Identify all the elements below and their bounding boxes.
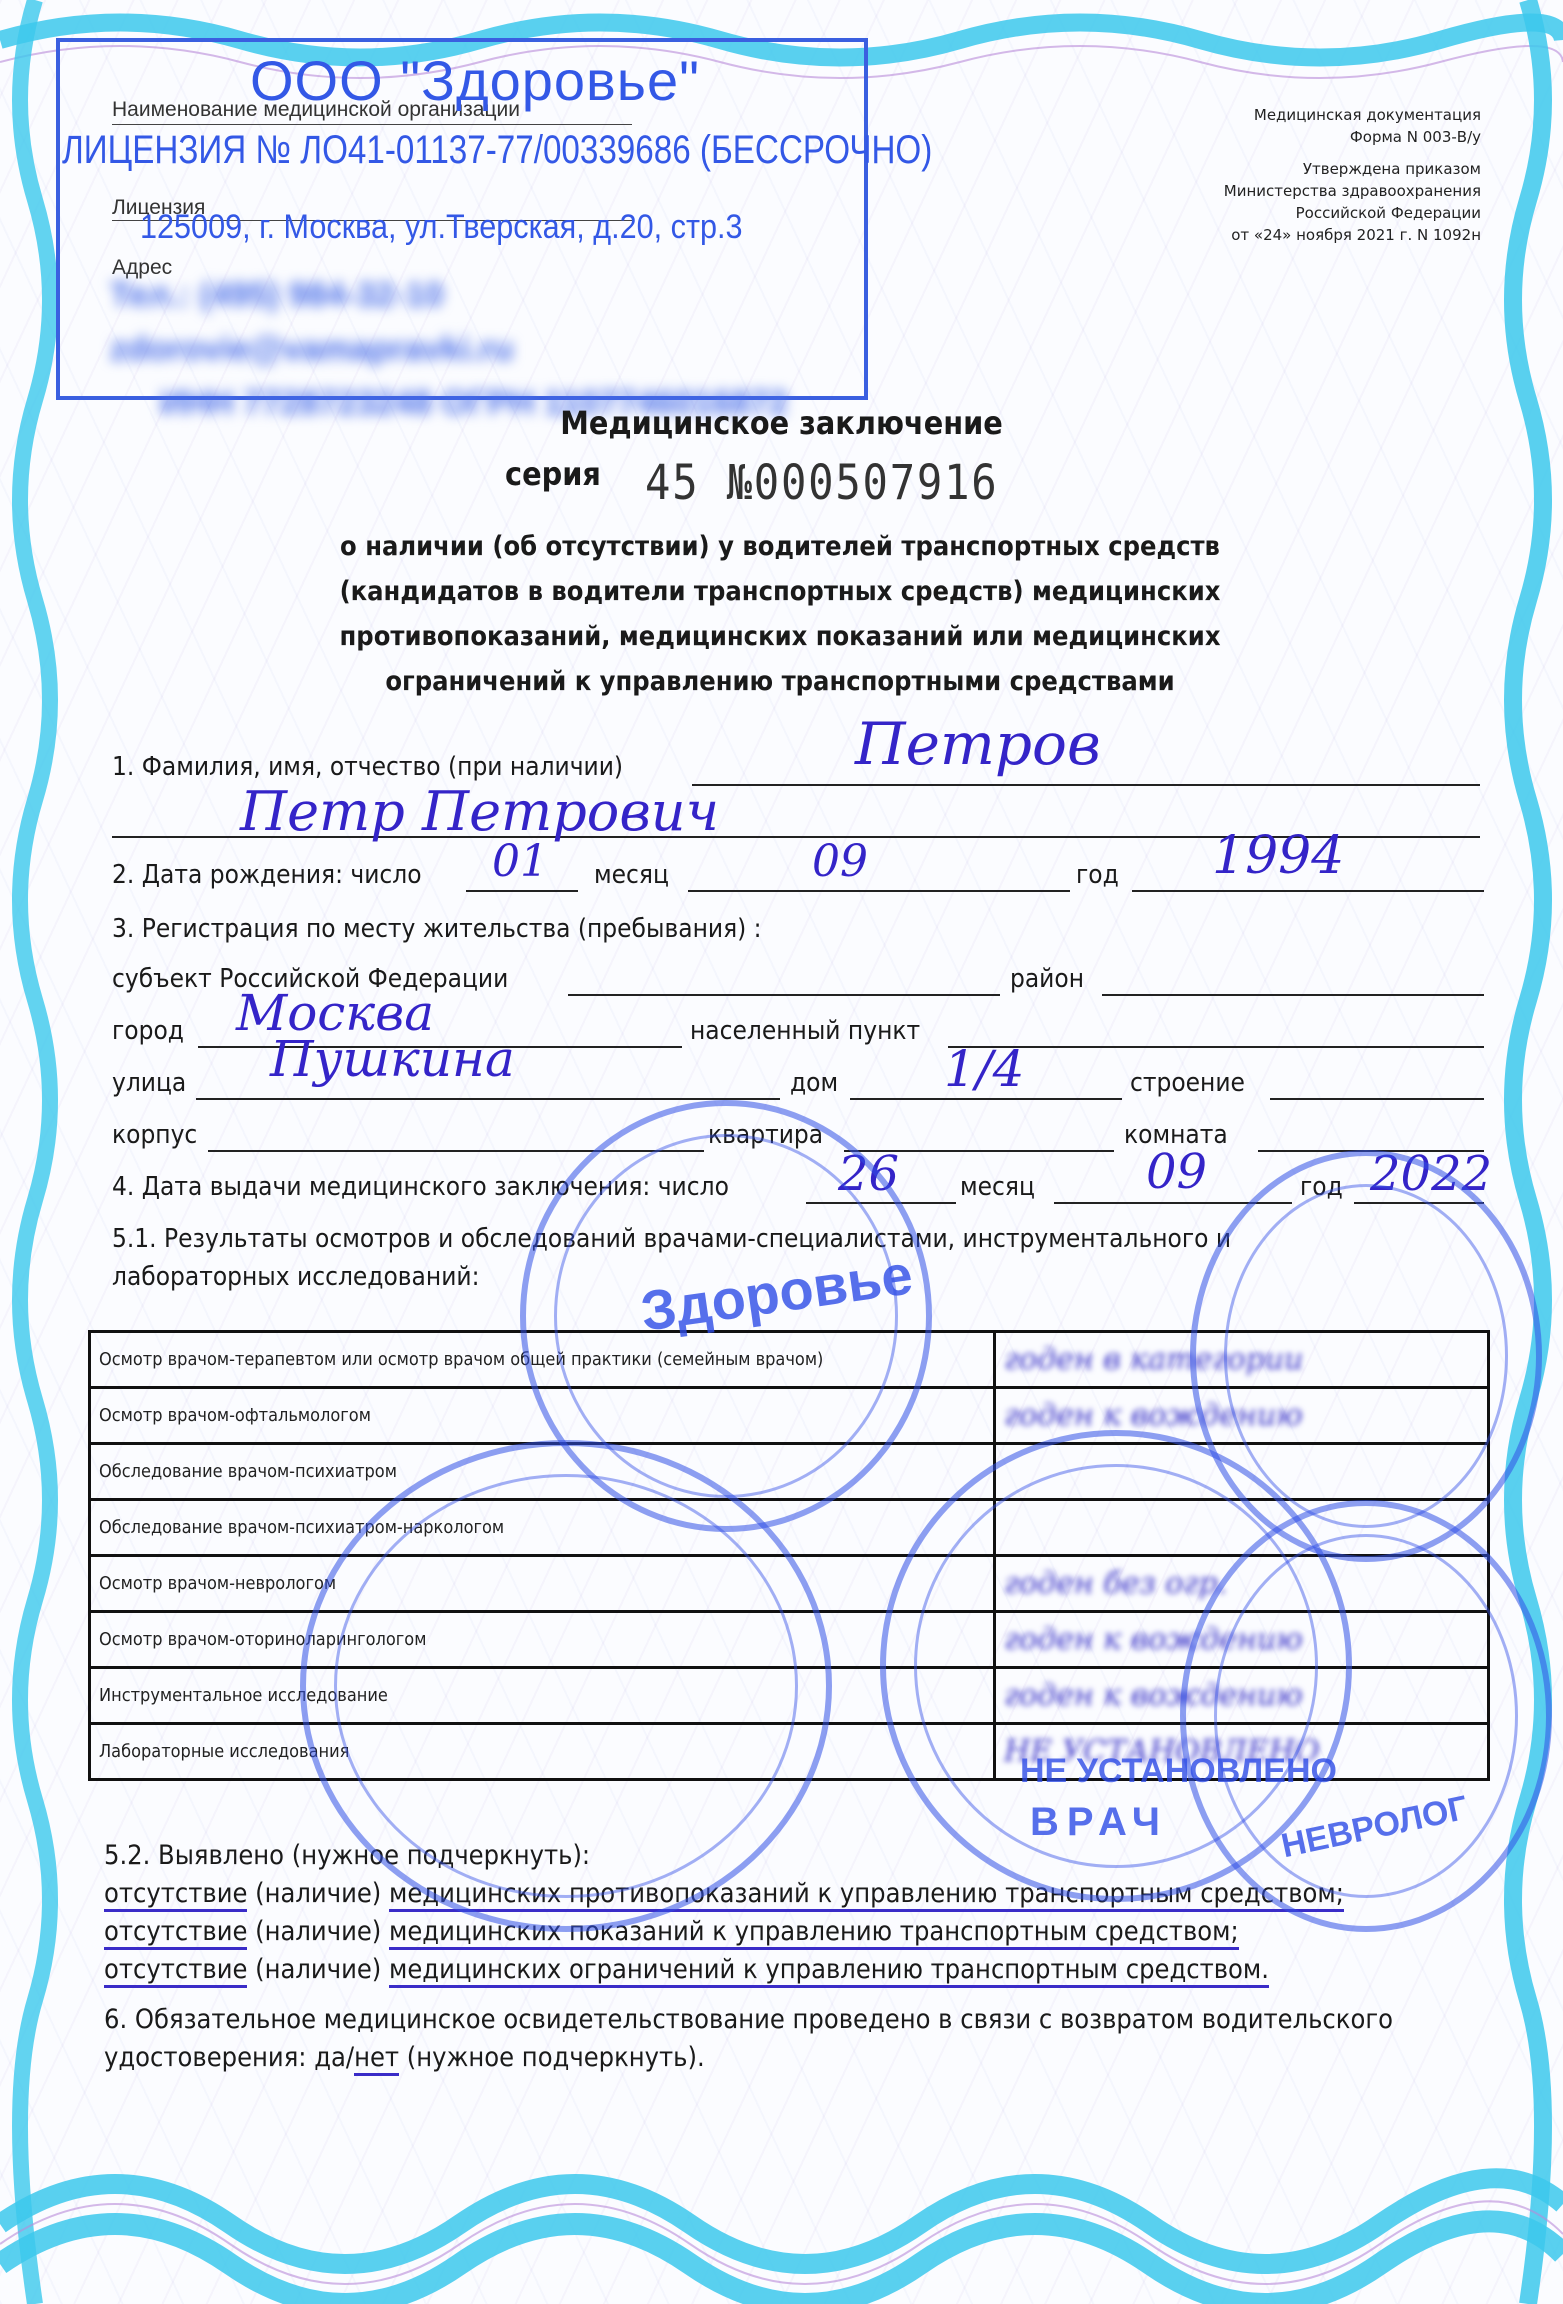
table-row: Осмотр врачом-оториноларингологомгоден к… <box>90 1612 1489 1668</box>
form-meta-line: Медицинская документация <box>1224 104 1481 126</box>
table-row: Инструментальное исследованиегоден к вож… <box>90 1668 1489 1724</box>
section-52-line-2: отсутствие (наличие) медицинских показан… <box>104 1916 1239 1947</box>
section-52-line-1: отсутствие (наличие) медицинских противо… <box>104 1878 1344 1909</box>
street-label: улица <box>112 1068 186 1098</box>
stamp-not-established-text: НЕ УСТАНОВЛЕНО <box>1020 1752 1337 1791</box>
issue-month-label: месяц <box>960 1172 1035 1202</box>
series-number: 45 №000507916 <box>645 455 998 511</box>
stamp-org-text: Здоровье <box>637 1241 917 1343</box>
form-meta: Медицинская документация Форма N 003-В/у… <box>1224 104 1481 246</box>
issue-year-line <box>1354 1202 1484 1204</box>
exam-name: Лабораторные исследования <box>90 1724 995 1780</box>
dob-month-label: месяц <box>594 860 669 890</box>
district-line <box>1102 994 1484 996</box>
exam-name: Осмотр врачом-терапевтом или осмотр врач… <box>90 1332 995 1388</box>
exam-result[interactable]: годен без огр. <box>995 1556 1489 1612</box>
exam-name: Осмотр врачом-неврологом <box>90 1556 995 1612</box>
exam-result[interactable] <box>995 1444 1489 1500</box>
exam-result[interactable]: годен к вождению <box>995 1668 1489 1724</box>
form-meta-line: Утверждена приказом <box>1224 158 1481 180</box>
yes-option[interactable]: да <box>314 2042 346 2073</box>
exam-name: Инструментальное исследование <box>90 1668 995 1724</box>
issue-year-value[interactable]: 2022 <box>1370 1146 1492 1202</box>
table-row: Обследование врачом-психиатром-нарколого… <box>90 1500 1489 1556</box>
decorative-border-bottom <box>0 2144 1563 2304</box>
exam-result[interactable]: годен к вождению <box>995 1612 1489 1668</box>
dob-year-line <box>1132 890 1484 892</box>
dob-month-value[interactable]: 09 <box>812 836 868 887</box>
document-subtitle: о наличии (об отсутствии) у водителей тр… <box>200 524 1360 704</box>
section-52-line-3: отсутствие (наличие) медицинских огранич… <box>104 1954 1269 1985</box>
dob-label: 2. Дата рождения: число <box>112 860 422 890</box>
form-meta-line: от «24» ноября 2021 г. N 1092н <box>1224 224 1481 246</box>
subtitle-line: противопоказаний, медицинских показаний … <box>200 614 1360 659</box>
absence-option[interactable]: отсутствие <box>104 1954 247 1988</box>
presence-option[interactable]: (наличие) <box>255 1878 381 1909</box>
fio-label: 1. Фамилия, имя, отчество (при наличии) <box>112 752 623 782</box>
issue-month-value[interactable]: 09 <box>1146 1144 1207 1200</box>
subtitle-line: ограничений к управлению транспортными с… <box>200 659 1360 704</box>
issue-day-value[interactable]: 26 <box>838 1146 899 1202</box>
org-name-underline <box>112 124 632 125</box>
section-6-suffix: (нужное подчеркнуть). <box>399 2042 705 2073</box>
results-heading: 5.1. Результаты осмотров и обследований … <box>112 1224 1231 1254</box>
presence-option[interactable]: (наличие) <box>255 1916 381 1947</box>
fio-line-1 <box>692 784 1480 786</box>
section-52-text: медицинских противопоказаний к управлени… <box>389 1878 1344 1912</box>
district-label: район <box>1010 964 1084 994</box>
results-heading-2: лабораторных исследований: <box>112 1262 479 1292</box>
subject-line <box>568 994 1000 996</box>
exam-result[interactable] <box>995 1500 1489 1556</box>
table-row: Осмотр врачом-терапевтом или осмотр врач… <box>90 1332 1489 1388</box>
issue-date-label: 4. Дата выдачи медицинского заключения: … <box>112 1172 729 1202</box>
address-stamp: 125009, г. Москва, ул.Тверская, д.20, ст… <box>140 208 743 247</box>
exam-name: Осмотр врачом-офтальмологом <box>90 1388 995 1444</box>
results-table: Осмотр врачом-терапевтом или осмотр врач… <box>88 1330 1490 1781</box>
street-value[interactable]: Пушкина <box>270 1030 515 1088</box>
settlement-label: населенный пункт <box>690 1016 920 1046</box>
dob-day-line <box>466 890 578 892</box>
corpus-line <box>208 1150 704 1152</box>
form-meta-line: Российской Федерации <box>1224 202 1481 224</box>
document-title: Медицинское заключение <box>0 404 1563 442</box>
series-label: серия <box>505 455 601 493</box>
stamp-neurologist-text: НЕВРОЛОГ <box>1278 1789 1471 1866</box>
settlement-line <box>948 1046 1484 1048</box>
table-row: Обследование врачом-психиатром <box>90 1444 1489 1500</box>
section-52-heading: 5.2. Выявлено (нужное подчеркнуть): <box>104 1840 590 1871</box>
issue-month-line <box>1054 1202 1292 1204</box>
dob-month-line <box>688 890 1070 892</box>
table-row: Осмотр врачом-офтальмологомгоден к вожде… <box>90 1388 1489 1444</box>
dob-year-value[interactable]: 1994 <box>1212 826 1344 886</box>
no-option[interactable]: нет <box>354 2042 399 2076</box>
section-52-text: медицинских ограничений к управлению тра… <box>389 1954 1269 1988</box>
section-6-line-1: 6. Обязательное медицинское освидетельст… <box>104 2004 1393 2035</box>
table-row: Осмотр врачом-неврологомгоден без огр. <box>90 1556 1489 1612</box>
contacts-stamp: Тел.: (495) 984-32-10 zdorovie@vamapravk… <box>110 268 810 376</box>
form-meta-line: Форма N 003-В/у <box>1224 126 1481 148</box>
exam-name: Осмотр врачом-оториноларингологом <box>90 1612 995 1668</box>
stamp-doctor-text: ВРАЧ <box>1030 1800 1168 1845</box>
decorative-border-right <box>1493 0 1563 2304</box>
issue-day-line <box>806 1202 956 1204</box>
section-6-line-2: удостоверения: да/нет (нужное подчеркнут… <box>104 2042 705 2073</box>
fio-name-value[interactable]: Петр Петрович <box>240 780 719 843</box>
building-label: строение <box>1130 1068 1245 1098</box>
house-line <box>850 1098 1122 1100</box>
flat-label: квартира <box>708 1120 823 1150</box>
city-label: город <box>112 1016 184 1046</box>
subtitle-line: о наличии (об отсутствии) у водителей тр… <box>200 524 1360 569</box>
street-line <box>196 1098 780 1100</box>
dob-year-label: год <box>1076 860 1119 890</box>
absence-option[interactable]: отсутствие <box>104 1878 247 1912</box>
absence-option[interactable]: отсутствие <box>104 1916 247 1950</box>
exam-result[interactable]: годен к вождению <box>995 1388 1489 1444</box>
subtitle-line: (кандидатов в водители транспортных сред… <box>200 569 1360 614</box>
registration-label: 3. Регистрация по месту жительства (преб… <box>112 914 762 944</box>
slash: / <box>346 2042 354 2073</box>
exam-name: Обследование врачом-психиатром <box>90 1444 995 1500</box>
section-6-prefix: удостоверения: <box>104 2042 314 2073</box>
org-name-stamp: ООО "Здоровье" <box>250 48 700 113</box>
presence-option[interactable]: (наличие) <box>255 1954 381 1985</box>
issue-year-label: год <box>1300 1172 1343 1202</box>
dob-day-value[interactable]: 01 <box>492 836 548 887</box>
building-line <box>1270 1098 1484 1100</box>
license-number-stamp: ЛИЦЕНЗИЯ № ЛО41-01137-77/00339686 (БЕССР… <box>62 128 932 173</box>
house-label: дом <box>790 1068 838 1098</box>
exam-name: Обследование врачом-психиатром-нарколого… <box>90 1500 995 1556</box>
form-meta-line: Министерства здравоохранения <box>1224 180 1481 202</box>
fio-surname-value[interactable]: Петров <box>855 710 1101 778</box>
corpus-label: корпус <box>112 1120 197 1150</box>
house-value[interactable]: 1/4 <box>944 1040 1024 1098</box>
section-52-text: медицинских показаний к управлению транс… <box>389 1916 1239 1950</box>
blurred-contacts: Тел.: (495) 984-32-10 zdorovie@vamapravk… <box>110 268 810 378</box>
exam-result[interactable]: годен в категории <box>995 1332 1489 1388</box>
